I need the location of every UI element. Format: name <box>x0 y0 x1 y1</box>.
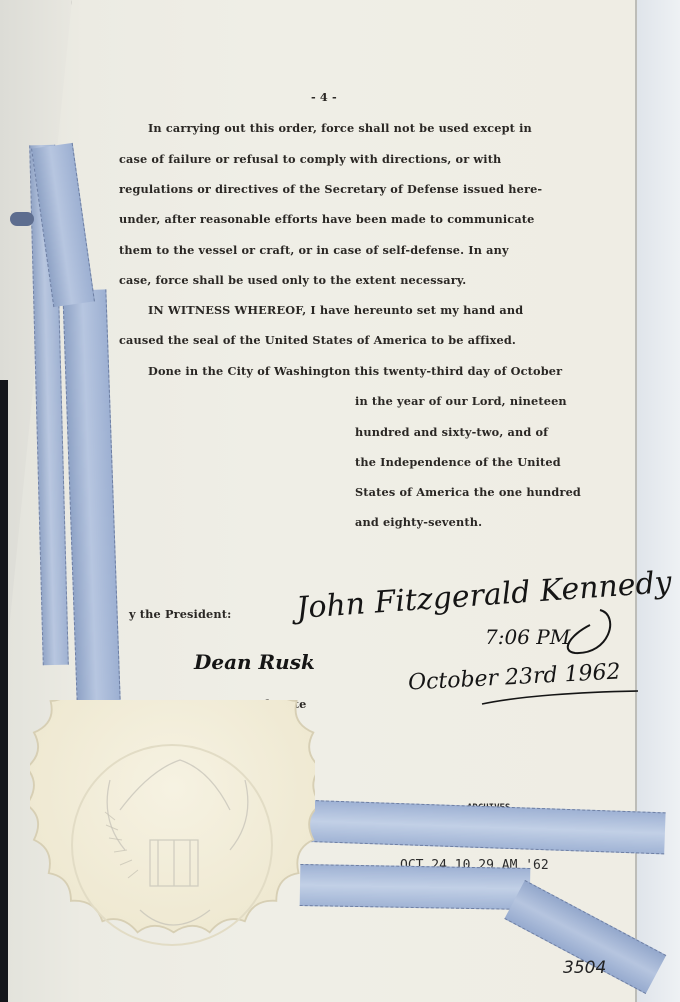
paragraph-line: regulations or directives of the Secreta… <box>119 182 542 196</box>
page-number: - 4 - <box>311 90 337 104</box>
embossed-seal <box>30 700 315 985</box>
binder-shadow <box>0 380 8 1002</box>
by-the-president-label: y the President: <box>129 607 231 621</box>
witness-line: caused the seal of the United States of … <box>119 333 516 347</box>
paragraph-line: under, after reasonable efforts have bee… <box>119 212 535 226</box>
date-line: hundred and sixty-two, and of <box>355 425 548 439</box>
date-line: and eighty-seventh. <box>355 515 482 529</box>
date-line: States of America the one hundred <box>355 485 581 499</box>
paragraph-line: case of failure or refusal to comply wit… <box>119 152 501 166</box>
secretary-signature: Dean Rusk <box>194 650 315 674</box>
signature-loop <box>560 605 620 660</box>
paragraph-line: In carrying out this order, force shall … <box>148 121 532 135</box>
witness-line: IN WITNESS WHEREOF, I have hereunto set … <box>148 303 523 317</box>
ribbon-right-strand <box>300 864 531 910</box>
date-line: the Independence of the United <box>355 455 561 469</box>
signature-underline <box>480 688 640 708</box>
catalog-number: 3504 <box>563 958 606 978</box>
signature-time: 7:06 PM <box>485 625 570 649</box>
done-line: Done in the City of Washington this twen… <box>148 364 562 378</box>
paragraph-line: case, force shall be used only to the ex… <box>119 273 466 287</box>
ribbon-knot <box>10 212 34 226</box>
paragraph-line: them to the vessel or craft, or in case … <box>119 243 509 257</box>
date-line: in the year of our Lord, nineteen <box>355 394 567 408</box>
